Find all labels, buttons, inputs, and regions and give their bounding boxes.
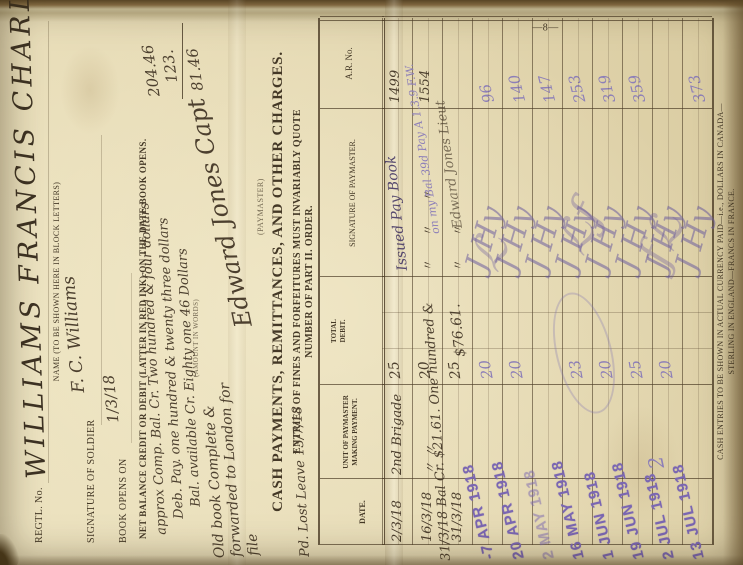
col-header-unit: UNIT OF PAYMASTER MAKING PAYMENT. bbox=[342, 385, 360, 479]
soldier-name-handwritten: WILLIAMS FRANCIS CHARLES bbox=[3, 0, 53, 479]
ar-no-cell: 140 bbox=[505, 73, 529, 105]
signature-of-soldier-label: SIGNATURE OF SOLDIER bbox=[86, 419, 97, 543]
old-book-note-handwritten: Old book Complete & forwarded to London … bbox=[200, 381, 263, 559]
unit-cell: 2nd Brigade bbox=[390, 394, 405, 475]
stain bbox=[60, 45, 120, 135]
paymaster-caption: (PAYMASTER) bbox=[256, 178, 265, 235]
balance-figure: 81.46 bbox=[183, 47, 207, 92]
ar-no-cell: 1499 bbox=[388, 70, 403, 103]
footer-line-2: STERLING IN ENGLAND—FRANCS IN FRANCE. bbox=[727, 18, 736, 545]
book-opens-date: 1/3/18 bbox=[100, 374, 123, 424]
footer-line-1: CASH ENTRIES TO BE SHOWN IN ACTUAL CURRE… bbox=[716, 18, 725, 545]
debit-cell: 20 bbox=[655, 358, 676, 380]
book-opens-label: BOOK OPENS ON bbox=[118, 458, 129, 543]
soldier-signature-handwritten: F. C. Williams bbox=[59, 275, 89, 393]
balance-figure: 123. bbox=[159, 49, 181, 85]
paybook-page: REGTL. No. WILLIAMS FRANCIS CHARLES NAME… bbox=[0, 0, 743, 565]
ar-no-cell: 147 bbox=[535, 73, 559, 105]
ar-no-cell: 253 bbox=[565, 73, 589, 105]
rule bbox=[131, 273, 132, 443]
ar-no-cell: 96 bbox=[476, 82, 498, 105]
paymaster-signature-handwritten: Edward Jones Capt bbox=[182, 96, 258, 330]
torn-corner bbox=[0, 534, 19, 565]
col-header-ar-no: A.R. No. bbox=[344, 18, 355, 109]
section-title: CASH PAYMENTS, REMITTANCES, AND OTHER CH… bbox=[270, 18, 287, 545]
rule bbox=[48, 21, 49, 483]
ar-no-cell: 319 bbox=[595, 73, 619, 105]
table-header-box: DATE. UNIT OF PAYMASTER MAKING PAYMENT. … bbox=[318, 18, 385, 545]
sum-rule bbox=[182, 23, 183, 99]
col-header-date: DATE. bbox=[358, 479, 368, 545]
ar-no-cell: 373 bbox=[685, 73, 709, 105]
date-cell: 2/3/18 bbox=[390, 500, 405, 542]
col-header-total-debit: TOTAL DEBIT. bbox=[330, 277, 348, 385]
col-header-signature: SIGNATURE OF PAYMASTER. bbox=[348, 109, 358, 277]
signature-cell: Issued Pay Book bbox=[383, 155, 411, 272]
ar-no-cell: 359 bbox=[625, 73, 649, 105]
debit-cell: 20 bbox=[505, 358, 526, 380]
debit-cell: 25 bbox=[446, 360, 464, 380]
debit-cell: 25 bbox=[386, 360, 404, 380]
amount-in-words-caption: (AMOUNT IN WORDS) bbox=[192, 299, 200, 377]
scanned-paybook-page: REGTL. No. WILLIAMS FRANCIS CHARLES NAME… bbox=[0, 0, 743, 565]
table-row: 20 APR 191820J Hy140 bbox=[502, 18, 533, 545]
debit-cell: 20 bbox=[475, 358, 496, 380]
table-row: 13 JUL 1918J Hy373 bbox=[682, 18, 713, 545]
debit-cell: 25 bbox=[625, 358, 646, 380]
regtl-no-label: REGTL. No. bbox=[34, 487, 45, 543]
date-cell: 16/3/18 bbox=[420, 492, 435, 542]
table-row: 16 MAY 191823J Hy253 bbox=[562, 18, 593, 545]
